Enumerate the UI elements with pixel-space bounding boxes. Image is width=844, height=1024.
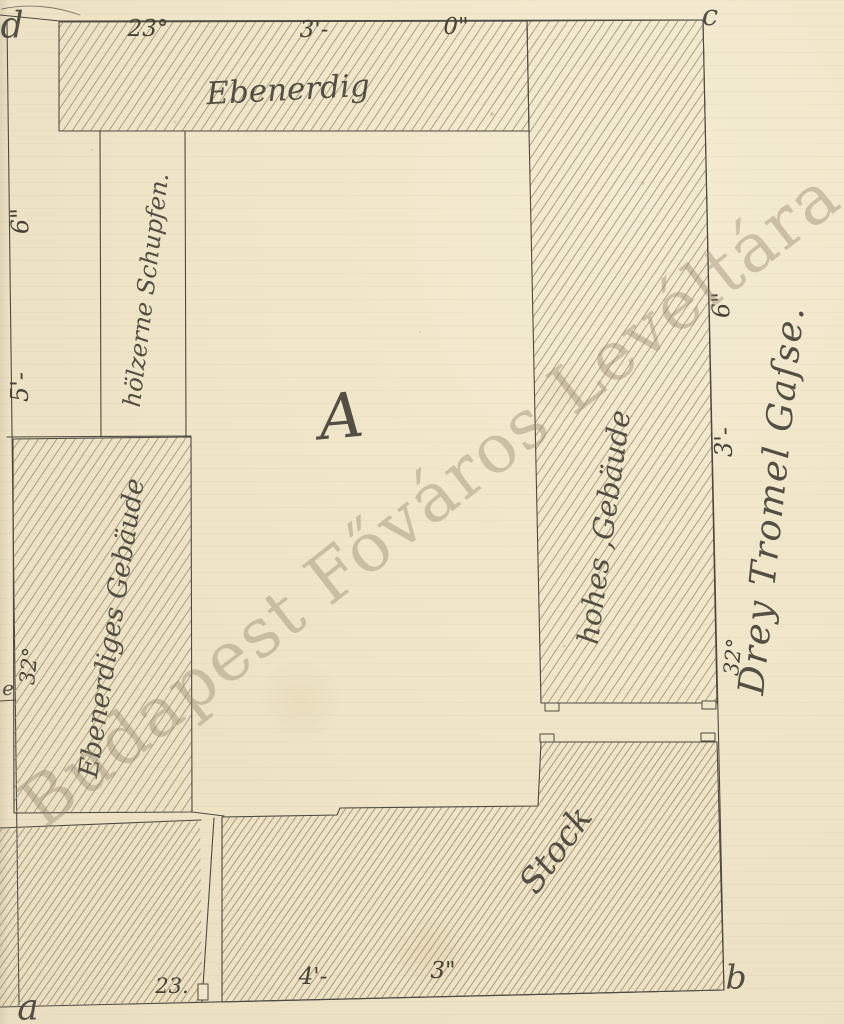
- measurement-left-lower: 32°: [15, 646, 43, 686]
- corner-letter-b: b: [725, 958, 746, 997]
- corner-letter-d: d: [0, 6, 23, 47]
- measurement-bottom-right: 3": [430, 958, 455, 984]
- right-building-upper: [527, 20, 717, 703]
- passage-jamb-top-right: [702, 701, 716, 709]
- passage-jamb-top-left: [545, 703, 559, 711]
- boundary-point-letter: e: [2, 676, 14, 700]
- label-courtyard-a: A: [316, 378, 367, 455]
- bottom-passage-threshold: [198, 984, 208, 1000]
- right-building-lower-and-bottom-wing: [222, 742, 724, 1002]
- measurement-left-middle: 5'-: [6, 372, 34, 402]
- measurement-top-left: 23°: [128, 16, 169, 42]
- passage-jamb-bottom-left: [540, 734, 554, 742]
- courtyard-bottom-connector: [192, 812, 224, 816]
- corner-letter-c: c: [702, 0, 718, 32]
- measurement-top-right: 0": [443, 14, 468, 40]
- wooden-shed-left-line: [100, 131, 101, 436]
- measurement-right-upper: 6": [707, 291, 736, 318]
- passage-jamb-bottom-right: [701, 733, 715, 741]
- bottom-passage-left-line: [202, 818, 214, 1002]
- scanned-site-plan-page: d c a b 23° 3'- 0" 6" 5'- 32° e 6" 3'- 3…: [0, 0, 844, 1024]
- measurement-bottom-middle: 4'-: [299, 964, 328, 990]
- measurement-right-middle: 3'-: [710, 427, 738, 457]
- measurement-top-middle: 3'-: [300, 17, 329, 43]
- measurement-left-upper: 6": [6, 207, 35, 234]
- wooden-shed-right-line: [185, 131, 186, 436]
- corner-letter-a: a: [17, 988, 38, 1024]
- measurement-bottom-left: 23.: [155, 974, 188, 998]
